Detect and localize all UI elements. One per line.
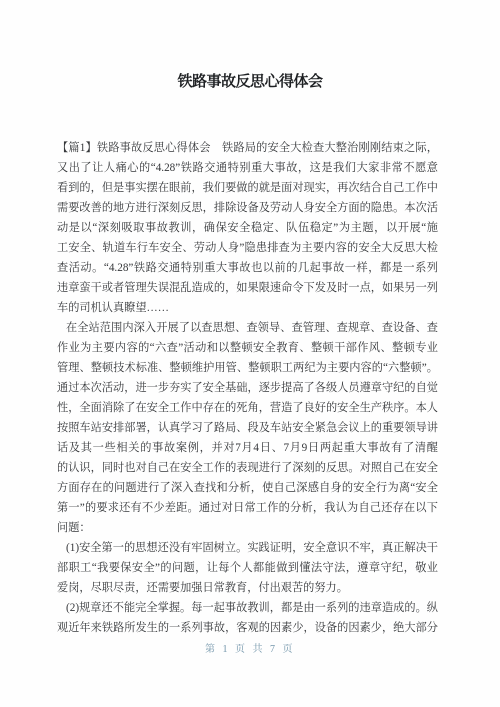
body-line: 【篇1】铁路事故反思心得体会 铁路局的安全大检查大整治刚刚结束之际， — [57, 138, 438, 158]
body-paragraph: 在全站范围内深入开展了以查思想、查领导、查管理、查规章、查设备、查作业为主要内容… — [57, 318, 438, 538]
body-line: 工安全、轨道车行车安全、劳动人身”隐患排查为主要内容的安全大反思大检 — [57, 238, 438, 258]
body-line: 动是以“深刻吸取事故教训，确保安全稳定、队伍稳定”为主题，以开展“施 — [57, 218, 438, 238]
body-line: 又出了让人痛心的“4.28”铁路交通特别重大事故，这是我们大家非常不愿意 — [57, 158, 438, 178]
body-line: 看到的，但是事实摆在眼前，我们要做的就是面对现实，再次结合自己工作中 — [57, 178, 438, 198]
page-title: 铁路事故反思心得体会 — [0, 71, 500, 93]
body-line: 管理、整顿技术标准、整顿维护用管、整顿职工两纪为主要内容的“六整顿”。 — [57, 358, 438, 378]
body-line: 问题： — [57, 518, 438, 538]
body-line: 话及其一些相关的事故案例，并对7月4日、7月9日两起重大事故有了清醒 — [57, 438, 438, 458]
body-line: 方面存在的问题进行了深入查找和分析，使自己深感自身的安全行为离“安全 — [57, 478, 438, 498]
body-line: 按照车站安排部署，认真学习了路局、段及车站安全紧急会议上的重要领导讲 — [57, 418, 438, 438]
body-line: 作业为主要内容的“六查”活动和以整顿安全教育、整顿干部作风、整顿专业 — [57, 338, 438, 358]
body-line: 通过本次活动，进一步夯实了安全基础，逐步提高了各级人员遵章守纪的自觉 — [57, 378, 438, 398]
body-line: 部职工“我要保安全”的问题，让每个人都能做到懂法守法，遵章守纪，敬业 — [57, 558, 438, 578]
body-line: 查活动。“4.28”铁路交通特别重大事故也以前的几起事故一样，都是一系列 — [57, 258, 438, 278]
body-line: (2)规章还不能完全掌握。每一起事故教训，都是由一系列的违章造成的。纵 — [57, 598, 438, 618]
body-paragraph: (2)规章还不能完全掌握。每一起事故教训，都是由一系列的违章造成的。纵观近年来铁… — [57, 598, 438, 638]
body-line: 第一”的要求还有不少差距。通过对日常工作的分析，我认为自己还存在以下 — [57, 498, 438, 518]
page-number-indicator: 第 1 页 共 7 页 — [205, 644, 295, 655]
body-paragraph: (1)安全第一的思想还没有牢固树立。实践证明，安全意识不牢，真正解决干部职工“我… — [57, 538, 438, 598]
body-line: 爱岗，尽职尽责，还需要加强日常教育，付出艰苦的努力。 — [57, 578, 438, 598]
body-line: (1)安全第一的思想还没有牢固树立。实践证明，安全意识不牢，真正解决干 — [57, 538, 438, 558]
body-line: 在全站范围内深入开展了以查思想、查领导、查管理、查规章、查设备、查 — [57, 318, 438, 338]
page-footer: 第 1 页 共 7 页 — [0, 643, 500, 657]
document-body: 【篇1】铁路事故反思心得体会 铁路局的安全大检查大整治刚刚结束之际，又出了让人痛… — [57, 138, 438, 638]
document-page: 铁路事故反思心得体会 【篇1】铁路事故反思心得体会 铁路局的安全大检查大整治刚刚… — [0, 0, 500, 707]
body-line: 的认识，同时也对自己在安全工作的表现进行了深刻的反思。对照自己在安全 — [57, 458, 438, 478]
body-paragraph: 【篇1】铁路事故反思心得体会 铁路局的安全大检查大整治刚刚结束之际，又出了让人痛… — [57, 138, 438, 318]
body-line: 车的司机认真瞭望…… — [57, 298, 438, 318]
body-line: 性，全面消除了在安全工作中存在的死角，营造了良好的安全生产秩序。本人 — [57, 398, 438, 418]
body-line: 观近年来铁路所发生的一系列事故，客观的因素少，设备的因素少，绝大部分 — [57, 618, 438, 638]
body-line: 需要改善的地方进行深刻反思，排除设备及劳动人身安全方面的隐患。本次活 — [57, 198, 438, 218]
body-line: 违章蛮干或者管理失误混乱造成的，如果限速命令下发及时一点，如果另一列 — [57, 278, 438, 298]
